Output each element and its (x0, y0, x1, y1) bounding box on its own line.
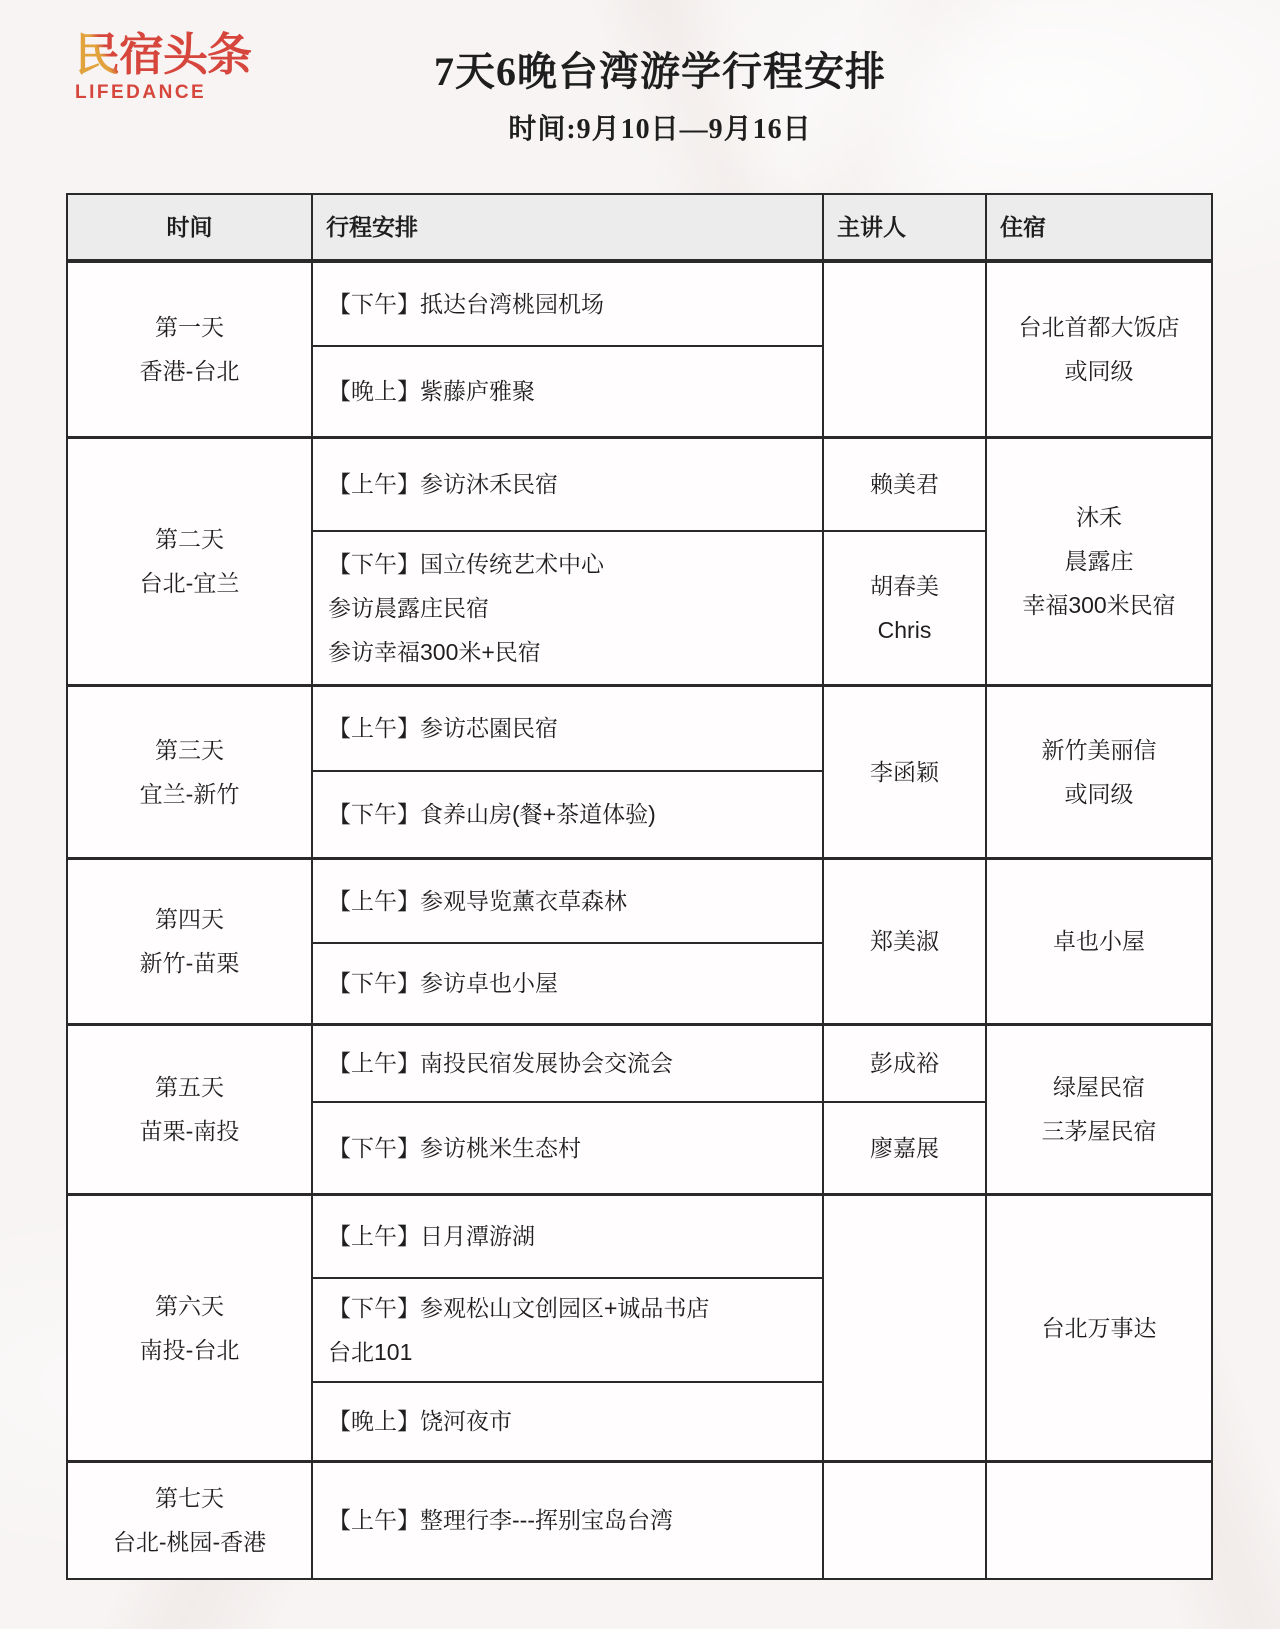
activity-cell: 【下午】参访卓也小屋 (312, 943, 823, 1024)
activity-cell: 【下午】抵达台湾桃园机场 (312, 261, 823, 346)
day-cell: 第三天 宜兰-新竹 (67, 685, 312, 858)
activity-cell: 【上午】参访芯園民宿 (312, 685, 823, 771)
table-row: 第二天 台北-宜兰 【上午】参访沐禾民宿 赖美君 沐禾 晨露庄 幸福300米民宿 (67, 437, 1212, 531)
itinerary-table: 时间 行程安排 主讲人 住宿 第一天 香港-台北 【下午】抵达台湾桃园机场 台北… (66, 193, 1213, 1580)
table-row: 第六天 南投-台北 【上午】日月潭游湖 台北万事达 (67, 1194, 1212, 1278)
title-block: 7天6晚台湾游学行程安排 时间:9月10日—9月16日 (120, 40, 1200, 147)
speaker-cell: 廖嘉展 (823, 1102, 986, 1194)
table-row: 第四天 新竹-苗栗 【上午】参观导览薰衣草森林 郑美淑 卓也小屋 (67, 858, 1212, 943)
day-cell: 第二天 台北-宜兰 (67, 437, 312, 685)
table-row: 第三天 宜兰-新竹 【上午】参访芯園民宿 李函颖 新竹美丽信 或同级 (67, 685, 1212, 771)
lodging-cell: 台北万事达 (986, 1194, 1212, 1461)
activity-cell: 【上午】整理行李---挥别宝岛台湾 (312, 1461, 823, 1579)
lodging-cell: 卓也小屋 (986, 858, 1212, 1024)
speaker-cell (823, 261, 986, 437)
speaker-cell (823, 1461, 986, 1579)
day-cell: 第七天 台北-桃园-香港 (67, 1461, 312, 1579)
col-header-itinerary: 行程安排 (312, 194, 823, 261)
lodging-cell: 新竹美丽信 或同级 (986, 685, 1212, 858)
table-row: 第七天 台北-桃园-香港 【上午】整理行李---挥别宝岛台湾 (67, 1461, 1212, 1579)
activity-cell: 【下午】参观松山文创园区+诚品书店 台北101 (312, 1278, 823, 1382)
activity-cell: 【上午】日月潭游湖 (312, 1194, 823, 1278)
col-header-speaker: 主讲人 (823, 194, 986, 261)
lodging-cell: 绿屋民宿 三茅屋民宿 (986, 1024, 1212, 1194)
activity-cell: 【上午】参观导览薰衣草森林 (312, 858, 823, 943)
col-header-lodging: 住宿 (986, 194, 1212, 261)
speaker-cell (823, 1194, 986, 1461)
col-header-time: 时间 (67, 194, 312, 261)
speaker-cell: 胡春美 Chris (823, 531, 986, 685)
lodging-cell: 沐禾 晨露庄 幸福300米民宿 (986, 437, 1212, 685)
speaker-cell: 李函颖 (823, 685, 986, 858)
page: 民宿头条 LIFEDANCE 7天6晚台湾游学行程安排 时间:9月10日—9月1… (0, 0, 1280, 1629)
table-row: 第一天 香港-台北 【下午】抵达台湾桃园机场 台北首都大饭店 或同级 (67, 261, 1212, 346)
activity-cell: 【下午】参访桃米生态村 (312, 1102, 823, 1194)
activity-cell: 【下午】国立传统艺术中心 参访晨露庄民宿 参访幸福300米+民宿 (312, 531, 823, 685)
table-header-row: 时间 行程安排 主讲人 住宿 (67, 194, 1212, 261)
activity-cell: 【晚上】饶河夜市 (312, 1382, 823, 1461)
activity-cell: 【上午】南投民宿发展协会交流会 (312, 1024, 823, 1102)
speaker-cell: 彭成裕 (823, 1024, 986, 1102)
speaker-cell: 赖美君 (823, 437, 986, 531)
day-cell: 第一天 香港-台北 (67, 261, 312, 437)
lodging-cell (986, 1461, 1212, 1579)
page-title: 7天6晚台湾游学行程安排 (120, 40, 1200, 97)
day-cell: 第六天 南投-台北 (67, 1194, 312, 1461)
table-row: 第五天 苗栗-南投 【上午】南投民宿发展协会交流会 彭成裕 绿屋民宿 三茅屋民宿 (67, 1024, 1212, 1102)
day-cell: 第五天 苗栗-南投 (67, 1024, 312, 1194)
activity-cell: 【下午】食养山房(餐+茶道体验) (312, 771, 823, 858)
page-subtitle: 时间:9月10日—9月16日 (120, 107, 1200, 147)
speaker-cell: 郑美淑 (823, 858, 986, 1024)
lodging-cell: 台北首都大饭店 或同级 (986, 261, 1212, 437)
activity-cell: 【晚上】紫藤庐雅聚 (312, 346, 823, 437)
activity-cell: 【上午】参访沐禾民宿 (312, 437, 823, 531)
day-cell: 第四天 新竹-苗栗 (67, 858, 312, 1024)
